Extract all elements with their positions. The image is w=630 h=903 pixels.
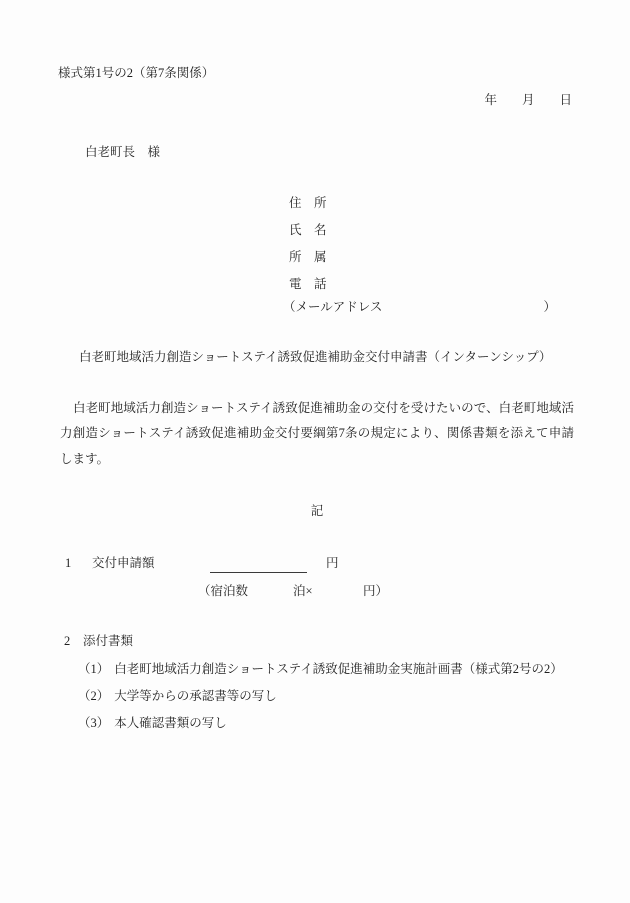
item1-unit: 円 (326, 556, 339, 572)
field-label-affiliation: 所 属 (289, 250, 327, 266)
item1-sub-yen-label: 円） (363, 584, 388, 600)
record-marker: 記 (60, 504, 574, 520)
attachment-item: （1） 白老町地域活力創造ショートステイ誘致促進補助金実施計画書（様式第2号の2… (78, 662, 563, 678)
item2-number: 2 (64, 634, 70, 650)
attachment-item: （3） 本人確認書類の写し (78, 716, 227, 732)
item1-label: 交付申請額 (92, 556, 155, 572)
item1-sub-nights-label: （宿泊数 (198, 584, 248, 600)
item1-sub-multiplier-label: 泊× (293, 584, 313, 600)
email-open-paren-label: （メールアドレス (283, 300, 382, 316)
form-number: 様式第1号の2（第7条関係） (58, 66, 214, 82)
amount-blank-line (210, 559, 307, 573)
attachment-item: （2） 大学等からの承認書等の写し (78, 689, 277, 705)
document-title: 白老町地域活力創造ショートステイ誘致促進補助金交付申請書（インターンシップ） (79, 350, 551, 366)
item1-number: 1 (65, 556, 71, 572)
item2-label: 添付書類 (83, 634, 133, 650)
date-line: 年 月 日 (484, 93, 572, 109)
body-paragraph: 白老町地域活力創造ショートステイ誘致促進補助金の交付を受けたいので、白老町地域活… (60, 396, 574, 472)
field-label-address: 住 所 (289, 196, 327, 212)
addressee: 白老町長 様 (85, 145, 160, 161)
attachment-1-text: 白老町地域活力創造ショートステイ誘致促進補助金実施計画書（様式第2号の2） (114, 662, 563, 678)
attachment-1-number: （1） (78, 662, 109, 678)
attachment-3-text: 本人確認書類の写し (114, 716, 227, 732)
field-label-phone: 電 話 (289, 277, 327, 293)
document-page: 様式第1号の2（第7条関係） 年 月 日 白老町長 様 住 所 氏 名 所 属 … (0, 0, 630, 903)
field-label-name: 氏 名 (289, 223, 327, 239)
attachment-2-text: 大学等からの承認書等の写し (114, 689, 277, 705)
email-close-paren: ） (543, 300, 556, 316)
field-label-email: （メールアドレス ） (283, 300, 556, 316)
attachment-2-number: （2） (78, 689, 109, 705)
attachment-3-number: （3） (78, 716, 109, 732)
